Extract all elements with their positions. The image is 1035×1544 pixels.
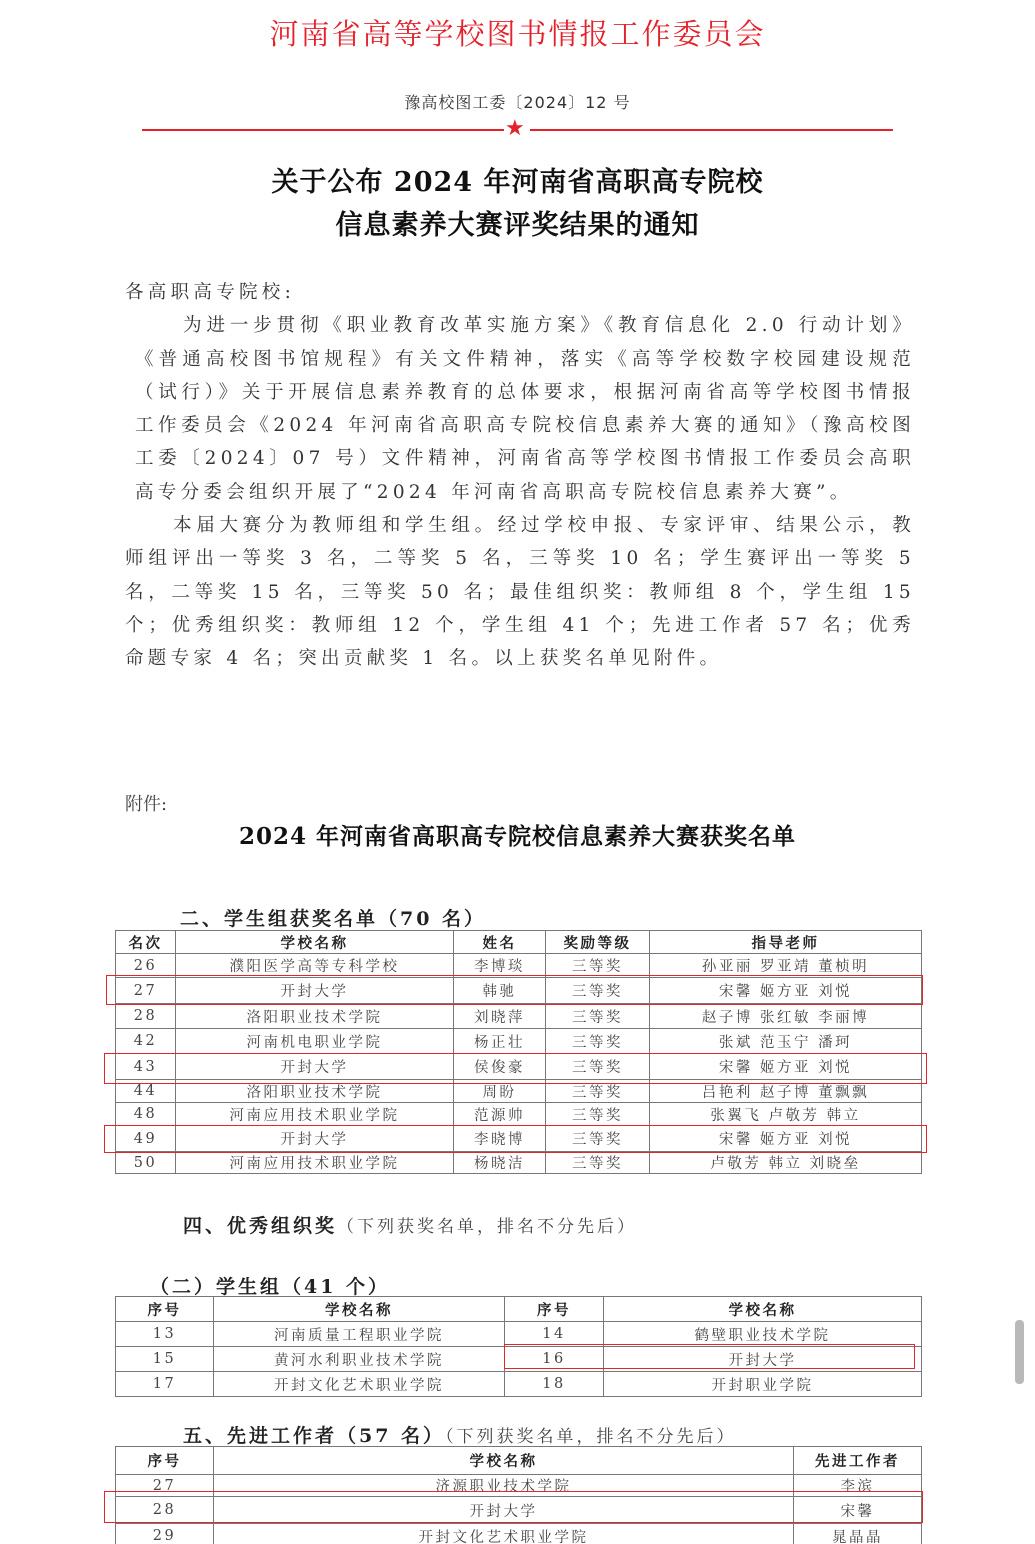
document-number: 豫高校图工委〔2024〕12 号 xyxy=(0,90,1035,113)
table-header-row: 序号 学校名称 序号 学校名称 xyxy=(116,1297,922,1322)
org-awards-note: （下列获奖名单，排名不分先后） xyxy=(337,1217,637,1237)
notice-title-line2: 信息素养大赛评奖结果的通知 xyxy=(0,203,1035,242)
scrollbar-thumb[interactable] xyxy=(1015,1320,1024,1384)
org-title: 河南省高等学校图书情报工作委员会 xyxy=(0,12,1035,53)
red-divider-right xyxy=(530,129,893,131)
table-row: 42河南机电职业学院杨正壮三等奖张斌 范玉宁 潘珂 xyxy=(116,1029,922,1054)
col-advisors: 指导老师 xyxy=(650,931,922,954)
attachment-title: 2024 年河南省高职高专院校信息素养大赛获奖名单 xyxy=(0,818,1035,851)
org-awards-title: 四、优秀组织奖 xyxy=(183,1215,337,1237)
student-awards-heading: 二、学生组获奖名单（70 名） xyxy=(180,904,486,931)
table-row: 26濮阳医学高等专科学校李博琰三等奖孙亚丽 罗亚靖 董桢明 xyxy=(116,954,922,978)
salutation: 各高职高专院校: xyxy=(125,276,915,309)
table-row: 17开封文化艺术职业学院18开封职业学院 xyxy=(116,1372,922,1397)
notice-title-line1: 关于公布 2024 年河南省高职高专院校 xyxy=(0,160,1035,199)
col-name: 姓名 xyxy=(454,931,546,954)
col-level: 奖励等级 xyxy=(546,931,650,954)
table-row: 13河南质量工程职业学院14鹤壁职业技术学院 xyxy=(116,1322,922,1347)
col-rank: 名次 xyxy=(116,931,176,954)
highlight-box xyxy=(504,1344,915,1369)
notice-body: 各高职高专院校: 为进一步贯彻《职业教育改革实施方案》《教育信息化 2.0 行动… xyxy=(125,276,915,676)
highlight-box xyxy=(104,1053,927,1084)
highlight-box xyxy=(106,975,923,1005)
paragraph-1: 为进一步贯彻《职业教育改革实施方案》《教育信息化 2.0 行动计划》《普通高校图… xyxy=(125,309,915,509)
highlight-box xyxy=(104,1491,923,1523)
org-awards-subheading: （二）学生组（41 个） xyxy=(150,1272,390,1299)
table-row: 48河南应用技术职业学院范源帅三等奖张翼飞 卢敬芳 韩立 xyxy=(116,1103,922,1126)
table-row: 29开封文化艺术职业学院晁晶晶 xyxy=(116,1524,922,1544)
highlight-box xyxy=(104,1125,927,1153)
col-school: 学校名称 xyxy=(176,931,454,954)
table-row: 28洛阳职业技术学院刘晓萍三等奖赵子博 张红敏 李丽博 xyxy=(116,1004,922,1029)
red-divider-left xyxy=(142,129,504,131)
workers-heading: 五、先进工作者（57 名）（下列获奖名单，排名不分先后） xyxy=(183,1421,737,1448)
table-header-row: 序号 学校名称 先进工作者 xyxy=(116,1447,922,1475)
star-icon: ★ xyxy=(505,117,525,141)
table-header-row: 名次 学校名称 姓名 奖励等级 指导老师 xyxy=(116,931,922,954)
org-awards-heading: 四、优秀组织奖（下列获奖名单，排名不分先后） xyxy=(183,1211,637,1238)
table-row: 50河南应用技术职业学院杨晓洁三等奖卢敬芳 韩立 刘晓垒 xyxy=(116,1152,922,1174)
paragraph-2: 本届大赛分为教师组和学生组。经过学校申报、专家评审、结果公示，教师组评出一等奖 … xyxy=(125,509,915,675)
workers-note: （下列获奖名单，排名不分先后） xyxy=(445,1427,737,1447)
workers-title: 五、先进工作者（57 名） xyxy=(183,1425,445,1447)
attachment-label: 附件: xyxy=(125,790,167,816)
